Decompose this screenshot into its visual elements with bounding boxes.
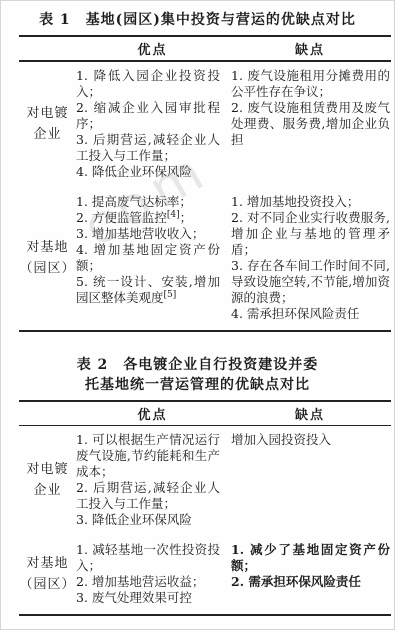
list-item: 2. 缩减企业入园审批程序； [76, 100, 220, 132]
item-text: ； [180, 210, 193, 225]
list-item: 1. 减轻基地一次性投资投入； [76, 542, 220, 574]
table2: 优点 缺点 对电镀 企业 1. 可以根据生产情况运行废气设施,节约能耗和生产成本… [19, 400, 391, 617]
cons-cell: 1. 减少了基地固定资产份额； 2. 需承担环保风险责任 [229, 542, 391, 606]
citation-ref: [5] [164, 289, 177, 299]
scanned-paper-page: com 表 1 基地(园区)集中投资与营运的优缺点对比 优点 缺点 对电镀 企业… [0, 0, 395, 630]
table2-title-line: 表 2 各电镀企业自行投资建设并委 [1, 355, 394, 375]
row-label: 对基地 （园区） [19, 237, 76, 279]
row-label-line: （园区） [19, 258, 76, 279]
list-item: 1. 废气设施租用分摊费用的公平性存在争议； [231, 68, 390, 100]
row-label: 对电镀 企业 [19, 459, 76, 501]
list-item: 增加入园投资投入 [231, 432, 390, 448]
cons-cell: 1. 废气设施租用分摊费用的公平性存在争议； 2. 废气设施租赁费用及废气处理费… [229, 68, 391, 180]
list-item: 2. 增加基地营运收益； [76, 574, 220, 590]
list-item: 4. 降低企业环保风险 [76, 164, 220, 180]
table2-row-electroplating-enterprises: 对电镀 企业 1. 可以根据生产情况运行废气设施,节约能耗和生产成本； 2. 后… [19, 426, 391, 535]
table2-header-pros: 优点 [76, 404, 229, 423]
pros-cell: 1. 降低入园企业投资投入； 2. 缩减企业入园审批程序； 3. 后期营运,减轻… [76, 68, 229, 180]
cons-cell: 1. 增加基地投资投入； 2. 对不同企业实行收费服务,增加企业与基地的管理矛盾… [229, 194, 391, 322]
list-item: 3. 增加基地营收收入； [76, 226, 220, 242]
row-label: 对基地 （园区） [19, 553, 76, 595]
table2-bottom-rule [19, 614, 391, 616]
list-item: 2. 废气设施租赁费用及废气处理费、服务费,增加企业负担 [231, 100, 390, 148]
row-label-line: 企业 [19, 124, 76, 145]
table1-title: 表 1 基地(园区)集中投资与营运的优缺点对比 [1, 10, 394, 30]
list-item: 1. 可以根据生产情况运行废气设施,节约能耗和生产成本； [76, 432, 220, 480]
list-item: 2. 后期营运,减轻企业人工投入与工作量； [76, 480, 220, 512]
list-item: 1. 减少了基地固定资产份额； [231, 542, 390, 574]
table2-title-line: 托基地统一营运管理的优缺点对比 [1, 375, 394, 395]
list-item: 4. 增加基地固定资产份额； [76, 242, 220, 274]
row-label-line: （园区） [19, 574, 76, 595]
table2-row-base-park: 对基地 （园区） 1. 减轻基地一次性投资投入； 2. 增加基地营运收益； 3.… [19, 535, 391, 614]
table2-header-row: 优点 缺点 [19, 402, 391, 425]
list-item: 3. 存在各车间工作时间不同,导致设施空转,不节能,增加资源的浪费； [231, 258, 390, 306]
list-item: 1. 提高废气达标率； [76, 194, 220, 210]
pros-cell: 1. 提高废气达标率； 2. 方便监管监控[4]； 3. 增加基地营收收入； 4… [76, 194, 229, 322]
item-text: 5. 统一设计、安装,增加园区整体美观度 [76, 274, 220, 305]
list-item: 2. 需承担环保风险责任 [231, 574, 390, 590]
row-label-line: 对基地 [19, 237, 76, 258]
pros-cell: 1. 可以根据生产情况运行废气设施,节约能耗和生产成本； 2. 后期营运,减轻企… [76, 432, 229, 528]
table1-row-electroplating-enterprises: 对电镀 企业 1. 降低入园企业投资投入； 2. 缩减企业入园审批程序； 3. … [19, 62, 391, 187]
table2-header-cons: 缺点 [229, 404, 391, 423]
row-label-line: 对电镀 [19, 459, 76, 480]
citation-ref: [4] [167, 209, 180, 219]
list-item: 3. 后期营运,减轻企业人工投入与工作量； [76, 132, 220, 164]
list-item: 5. 统一设计、安装,增加园区整体美观度[5] [76, 274, 220, 306]
table1-header-pros: 优点 [76, 39, 229, 58]
table1-row-base-park: 对基地 （园区） 1. 提高废气达标率； 2. 方便监管监控[4]； 3. 增加… [19, 187, 391, 330]
table1: 优点 缺点 对电镀 企业 1. 降低入园企业投资投入； 2. 缩减企业入园审批程… [19, 35, 391, 332]
row-label-line: 对电镀 [19, 103, 76, 124]
table2-title: 表 2 各电镀企业自行投资建设并委 托基地统一营运管理的优缺点对比 [1, 355, 394, 395]
row-label: 对电镀 企业 [19, 103, 76, 145]
list-item: 1. 增加基地投资投入； [231, 194, 390, 210]
list-item: 4. 需承担环保风险责任 [231, 306, 390, 322]
item-text: 2. 方便监管监控 [76, 210, 167, 225]
list-item: 1. 降低入园企业投资投入； [76, 68, 220, 100]
table1-header-cons: 缺点 [229, 39, 391, 58]
row-label-line: 对基地 [19, 553, 76, 574]
table1-bottom-rule [19, 330, 391, 332]
list-item: 2. 对不同企业实行收费服务,增加企业与基地的管理矛盾； [231, 210, 390, 258]
list-item: 3. 废气处理效果可控 [76, 590, 220, 606]
table1-header-row: 优点 缺点 [19, 37, 391, 60]
pros-cell: 1. 减轻基地一次性投资投入； 2. 增加基地营运收益； 3. 废气处理效果可控 [76, 542, 229, 606]
cons-cell: 增加入园投资投入 [229, 432, 391, 528]
list-item: 2. 方便监管监控[4]； [76, 210, 220, 226]
list-item: 3. 降低企业环保风险 [76, 512, 220, 528]
row-label-line: 企业 [19, 480, 76, 501]
